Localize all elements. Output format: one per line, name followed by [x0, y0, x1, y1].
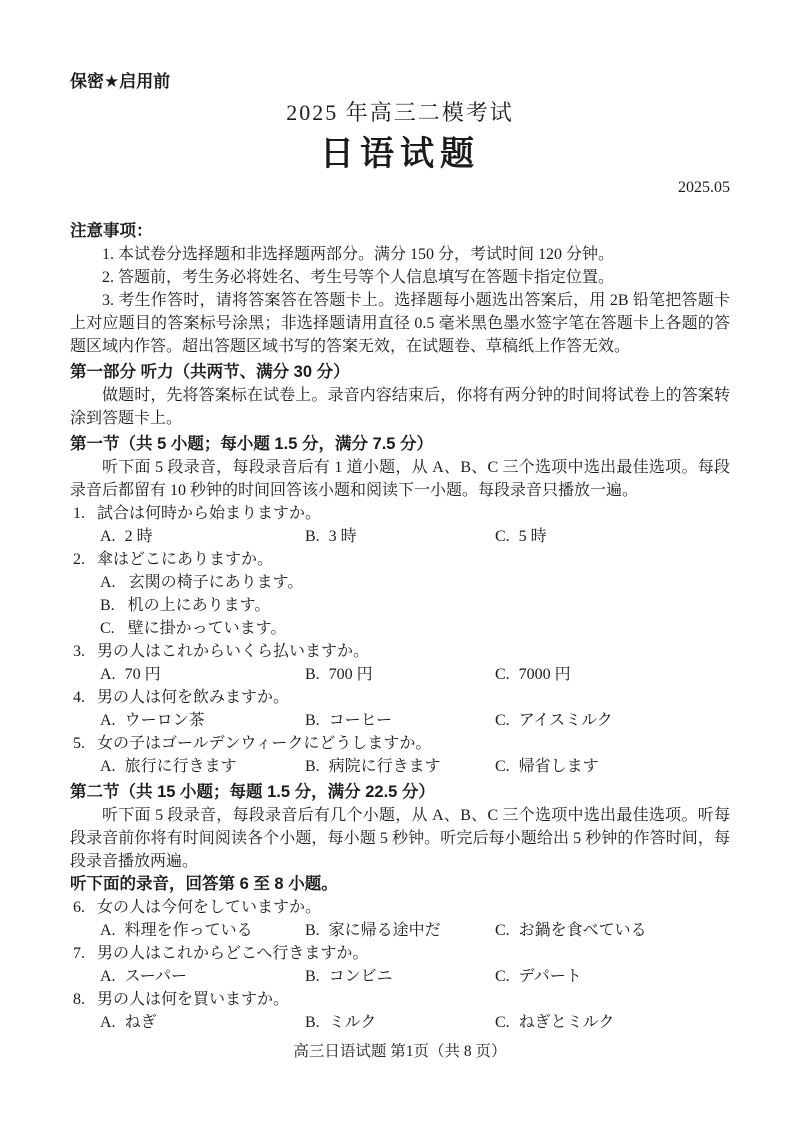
question-number: 3.	[73, 640, 97, 663]
option-text: 玄関の椅子にあります。	[129, 574, 304, 591]
note-item-1: 1. 本试卷分选择题和非选择题两部分。满分 150 分，考试时间 120 分钟。	[70, 243, 730, 266]
options-row: A.2 時B.3 時C.5 時	[70, 525, 730, 548]
option-A: A.スーパー	[100, 965, 305, 988]
option-text: 5 時	[519, 528, 547, 545]
option-label: C.	[495, 968, 510, 985]
option-label: B.	[100, 597, 115, 614]
option-C: C.ねぎとミルク	[495, 1011, 730, 1034]
question-text: 女の人は今何をしていますか。	[97, 899, 321, 916]
question-6: 6.女の人は今何をしていますか。	[70, 896, 730, 919]
question-number: 1.	[73, 502, 97, 525]
section2-intro: 听下面 5 段录音，每段录音后有几个小题，从 A、B、C 三个选项中选出最佳选项…	[70, 804, 730, 873]
option-label: B.	[305, 528, 320, 545]
question-7: 7.男の人はこれからどこへ行きますか。	[70, 942, 730, 965]
question-number: 5.	[73, 732, 97, 755]
option-C: C.お鍋を食べている	[495, 919, 730, 942]
options-row: A.ねぎB.ミルクC.ねぎとミルク	[70, 1011, 730, 1034]
question-text: 女の子はゴールデンウィークにどうしますか。	[97, 735, 431, 752]
exam-date: 2025.05	[70, 178, 730, 198]
section2-group-heading: 听下面的录音，回答第 6 至 8 小题。	[70, 873, 730, 896]
option-B: B.3 時	[305, 525, 495, 548]
question-text: 男の人は何を飲みますか。	[97, 689, 289, 706]
option-B: B.700 円	[305, 663, 495, 686]
option-label: B.	[305, 666, 320, 683]
question-1: 1.試合は何時から始まりますか。	[70, 502, 730, 525]
option-text: ねぎとミルク	[519, 1014, 615, 1031]
option-text: スーパー	[125, 968, 187, 985]
option-label: A.	[100, 712, 116, 729]
option-A: A.70 円	[100, 663, 305, 686]
option-text: 家に帰る途中だ	[329, 922, 441, 939]
exam-session-title: 2025 年高三二模考试	[70, 98, 730, 128]
options-row: A.70 円B.700 円C.7000 円	[70, 663, 730, 686]
option-text: 机の上にあります。	[128, 597, 271, 614]
option-label: B.	[305, 922, 320, 939]
part1-intro: 做题时，先将答案标在试卷上。录音内容结束后，你将有两分钟的时间将试卷上的答案转涂…	[70, 384, 730, 430]
option-C: C.帰省します	[495, 755, 730, 778]
exam-paper-page: 保密★启用前 2025 年高三二模考试 日语试题 2025.05 注意事项： 1…	[0, 0, 800, 1130]
options-row: A.スーパーB.コンビニC.デパート	[70, 965, 730, 988]
notes-list: 1. 本试卷分选择题和非选择题两部分。满分 150 分，考试时间 120 分钟。…	[70, 243, 730, 358]
option-text: ねぎ	[125, 1014, 157, 1031]
option-label: B.	[305, 1014, 320, 1031]
option-B: B.机の上にあります。	[100, 594, 730, 617]
question-text: 男の人はこれからどこへ行きますか。	[97, 945, 368, 962]
option-label: B.	[305, 968, 320, 985]
option-B: B.家に帰る途中だ	[305, 919, 495, 942]
option-label: B.	[305, 712, 320, 729]
option-text: 3 時	[329, 528, 357, 545]
question-5: 5.女の子はゴールデンウィークにどうしますか。	[70, 732, 730, 755]
section1-intro: 听下面 5 段录音，每段录音后有 1 道小题，从 A、B、C 三个选项中选出最佳…	[70, 456, 730, 502]
option-text: ウーロン茶	[125, 712, 205, 729]
option-label: A.	[100, 968, 116, 985]
option-text: 700 円	[329, 666, 373, 683]
question-text: 試合は何時から始まりますか。	[97, 505, 321, 522]
option-text: 2 時	[125, 528, 153, 545]
option-label: C.	[495, 1014, 510, 1031]
option-text: デパート	[519, 968, 582, 985]
option-label: C.	[495, 712, 510, 729]
note-item-3: 3. 考生作答时，请将答案答在答题卡上。选择题每小题选出答案后，用 2B 铅笔把…	[70, 289, 730, 358]
question-8: 8.男の人は何を買いますか。	[70, 988, 730, 1011]
option-C: C.5 時	[495, 525, 730, 548]
note-item-2: 2. 答题前，考生务必将姓名、考生号等个人信息填写在答题卡指定位置。	[70, 266, 730, 289]
option-text: 帰省します	[519, 758, 599, 775]
option-label: A.	[100, 922, 116, 939]
option-A: A.玄関の椅子にあります。	[100, 571, 730, 594]
section2-questions: 6.女の人は今何をしていますか。A.料理を作っているB.家に帰る途中だC.お鍋を…	[70, 896, 730, 1034]
option-label: A.	[100, 1014, 116, 1031]
option-label: C.	[495, 528, 510, 545]
option-A: A.2 時	[100, 525, 305, 548]
options-row: A.旅行に行きますB.病院に行きますC.帰省します	[70, 755, 730, 778]
option-text: コーヒー	[329, 712, 392, 729]
option-text: アイスミルク	[519, 712, 613, 729]
question-4: 4.男の人は何を飲みますか。	[70, 686, 730, 709]
option-label: C.	[495, 758, 510, 775]
option-A: A.ねぎ	[100, 1011, 305, 1034]
option-C: C.7000 円	[495, 663, 730, 686]
question-number: 8.	[73, 988, 97, 1011]
option-text: お鍋を食べている	[519, 922, 647, 939]
option-label: A.	[100, 758, 116, 775]
question-text: 傘はどこにありますか。	[97, 551, 273, 568]
option-B: B.ミルク	[305, 1011, 495, 1034]
options-stack: A.玄関の椅子にあります。B.机の上にあります。C.壁に掛かっています。	[70, 571, 730, 640]
option-text: 7000 円	[519, 666, 571, 683]
option-label: B.	[305, 758, 320, 775]
option-text: ミルク	[329, 1014, 377, 1031]
question-2: 2.傘はどこにありますか。	[70, 548, 730, 571]
option-label: A.	[100, 528, 116, 545]
option-A: A.旅行に行きます	[100, 755, 305, 778]
question-number: 6.	[73, 896, 97, 919]
option-text: コンビニ	[329, 968, 393, 985]
question-number: 4.	[73, 686, 97, 709]
section1-heading: 第一节（共 5 小题；每小题 1.5 分，满分 7.5 分）	[70, 433, 730, 456]
section2-heading: 第二节（共 15 小题；每题 1.5 分，满分 22.5 分）	[70, 781, 730, 804]
option-C: C.デパート	[495, 965, 730, 988]
option-text: 70 円	[125, 666, 161, 683]
option-C: C.アイスミルク	[495, 709, 730, 732]
option-text: 料理を作っている	[125, 922, 253, 939]
option-A: A.ウーロン茶	[100, 709, 305, 732]
options-row: A.ウーロン茶B.コーヒーC.アイスミルク	[70, 709, 730, 732]
option-label: A.	[100, 666, 116, 683]
question-text: 男の人は何を買いますか。	[97, 991, 289, 1008]
question-number: 2.	[73, 548, 97, 571]
page-footer: 高三日语试题 第1页（共 8 页）	[0, 1040, 800, 1063]
option-text: 病院に行きます	[329, 758, 441, 775]
option-B: B.コンビニ	[305, 965, 495, 988]
notes-heading: 注意事项：	[70, 220, 730, 243]
option-label: A.	[100, 574, 116, 591]
question-text: 男の人はこれからいくら払いますか。	[97, 643, 369, 660]
question-3: 3.男の人はこれからいくら払いますか。	[70, 640, 730, 663]
section1-questions: 1.試合は何時から始まりますか。A.2 時B.3 時C.5 時2.傘はどこにあり…	[70, 502, 730, 778]
subject-title: 日语试题	[70, 132, 730, 176]
part1-heading: 第一部分 听力（共两节、满分 30 分）	[70, 361, 730, 384]
option-text: 壁に掛かっています。	[128, 620, 287, 637]
option-label: C.	[100, 620, 115, 637]
option-B: B.コーヒー	[305, 709, 495, 732]
option-label: C.	[495, 922, 510, 939]
options-row: A.料理を作っているB.家に帰る途中だC.お鍋を食べている	[70, 919, 730, 942]
option-B: B.病院に行きます	[305, 755, 495, 778]
option-text: 旅行に行きます	[125, 758, 237, 775]
option-C: C.壁に掛かっています。	[100, 617, 730, 640]
security-notice: 保密★启用前	[70, 72, 730, 92]
option-A: A.料理を作っている	[100, 919, 305, 942]
option-label: C.	[495, 666, 510, 683]
question-number: 7.	[73, 942, 97, 965]
